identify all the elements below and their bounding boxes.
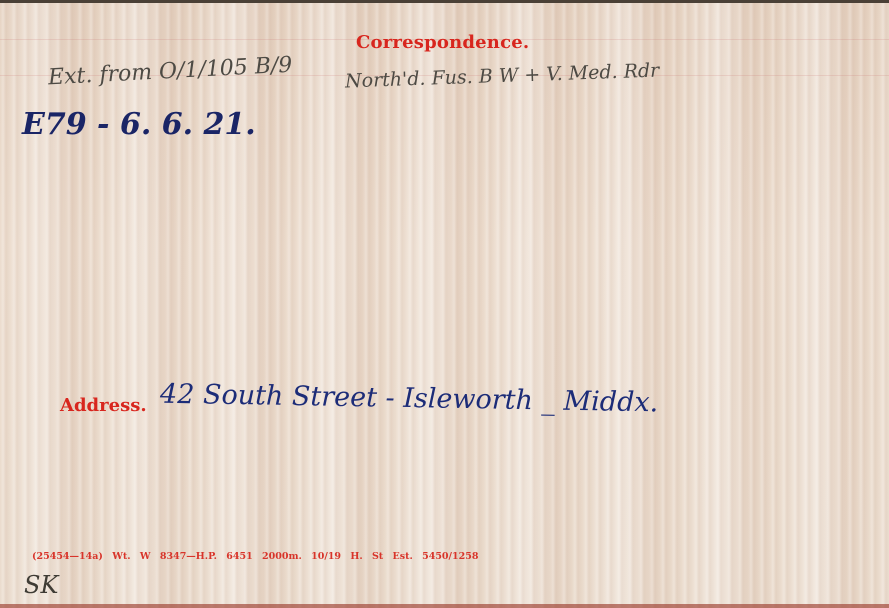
reference-number: E79 - 6. 6. 21. — [22, 107, 256, 142]
footer-print-code: (25454—14a) Wt. W 8347—H.P. 6451 2000m. … — [32, 551, 478, 562]
address-label: Address. — [60, 395, 147, 416]
unit-note: North'd. Fus. B W + V. Med. Rdr — [345, 60, 660, 93]
medal-index-card-reverse: Correspondence. Ext. from O/1/105 B/9 No… — [0, 0, 889, 608]
address-value: 42 South Street - Isleworth _ Middx. — [160, 379, 659, 419]
initials-mark: SK — [24, 571, 58, 599]
card-edge — [0, 604, 889, 608]
card-title: Correspondence. — [356, 32, 529, 53]
pencil-annotation: Ext. from O/1/105 B/9 — [48, 53, 293, 91]
